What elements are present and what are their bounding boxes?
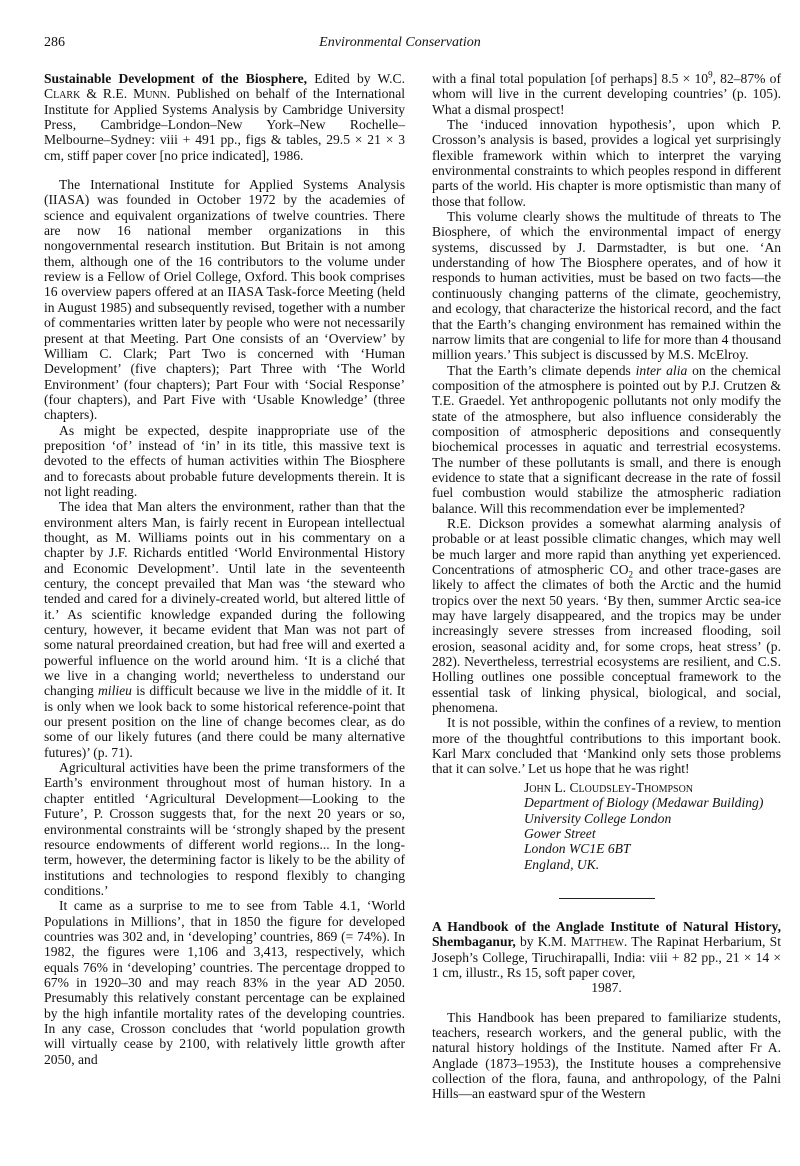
- body-paragraph-continued: with a final total population [of perhap…: [432, 71, 781, 117]
- text: with a final total population [of perhap…: [432, 71, 708, 86]
- body-paragraph: This Handbook has been prepared to famil…: [432, 1010, 781, 1102]
- reviewer-address: Department of Biology (Medawar Building)…: [524, 795, 781, 872]
- reviewer-signature: John L. Cloudsley-Thompson Department of…: [432, 780, 781, 872]
- spacer: [432, 996, 781, 1010]
- era-abbrev: AD: [348, 975, 368, 990]
- address-line: Gower Street: [524, 826, 596, 841]
- body-paragraph: The ‘induced innovation hypothesis’, upo…: [432, 117, 781, 209]
- body-paragraph: That the Earth’s climate depends inter a…: [432, 363, 781, 516]
- citation-year: 1987.: [432, 980, 781, 995]
- body-paragraph: It came as a surprise to me to see from …: [44, 898, 405, 1067]
- review-1-book-title: Sustainable Development of the Biosphere…: [44, 71, 307, 86]
- citation-text: & R.E.: [80, 86, 133, 101]
- body-paragraph: R.E. Dickson provides a somewhat alarmin…: [432, 516, 781, 715]
- text: The idea that Man alters the environment…: [44, 499, 405, 698]
- body-paragraph: As might be expected, despite inappropri…: [44, 423, 405, 500]
- editor-name: Munn: [133, 86, 167, 101]
- text: That the Earth’s climate depends: [447, 363, 636, 378]
- body-paragraph: It is not possible, within the confines …: [432, 715, 781, 776]
- reviewer-name: John L. Cloudsley-Thompson: [524, 780, 781, 795]
- text: on the chemical composition of the atmos…: [432, 363, 781, 516]
- address-line: England, UK.: [524, 857, 599, 872]
- editor-name: Clark: [44, 86, 80, 101]
- citation-text: by K.M.: [516, 934, 571, 949]
- body-paragraph: This volume clearly shows the multitude …: [432, 209, 781, 362]
- italic-term: inter alia: [636, 363, 688, 378]
- right-column: with a final total population [of perhap…: [432, 71, 781, 1102]
- text: and other trace-gases are likely to affe…: [432, 562, 781, 715]
- address-line: University College London: [524, 811, 671, 826]
- running-head: Environmental Conservation: [0, 35, 800, 51]
- body-paragraph: The idea that Man alters the environment…: [44, 499, 405, 760]
- left-column: Sustainable Development of the Biosphere…: [44, 71, 405, 1067]
- review-1-citation: Sustainable Development of the Biosphere…: [44, 71, 405, 163]
- body-paragraph: The International Institute for Applied …: [44, 177, 405, 423]
- section-divider: [559, 898, 655, 899]
- author-name: Matthew: [571, 934, 624, 949]
- italic-term: milieu: [98, 683, 132, 698]
- citation-text: Edited by W.C.: [307, 71, 405, 86]
- review-2-citation: A Handbook of the Anglade Institute of N…: [432, 919, 781, 980]
- spacer: [44, 163, 405, 177]
- body-paragraph: Agricultural activities have been the pr…: [44, 760, 405, 898]
- address-line: London WC1E 6BT: [524, 841, 631, 856]
- address-line: Department of Biology (Medawar Building): [524, 795, 763, 810]
